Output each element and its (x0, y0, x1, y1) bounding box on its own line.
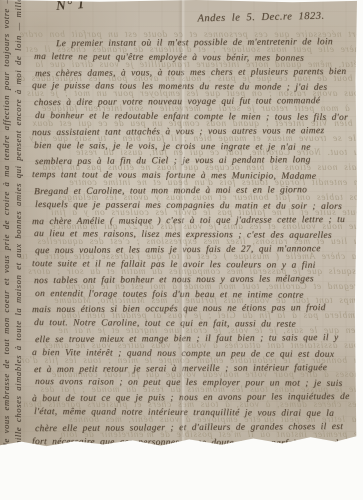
handwriting-line: du tout. Notre Caroline, tout ce qui en … (33, 318, 355, 330)
handwriting-line: l'état, même quand notre intérieure tran… (33, 407, 355, 419)
handwriting-line: on entendit l'orage toutes fois d'un bea… (35, 289, 357, 301)
fold-crease (178, 0, 186, 447)
handwriting-line: semblera pas à la fin du Ciel ; je vous … (35, 155, 357, 167)
handwriting-line: que je puisse dans tous les moments du r… (32, 81, 354, 93)
letter-page: fort nécessaire que ces personnes et ce … (0, 0, 357, 447)
handwriting-line: mais nous étions si bien occupés que nou… (32, 303, 354, 315)
handwriting-line: au lieu et mes raisons, lisez mes expres… (33, 229, 355, 241)
handwriting-line: nos tables ont fait bonheur et nous nous… (33, 274, 355, 286)
handwriting-line: et à mon petit retour je serai à merveil… (33, 362, 355, 374)
handwriting-line: mes chères dames, à vous, à tous mes che… (35, 66, 357, 78)
handwriting-line: nous avons raison ; on peut que les empl… (35, 377, 357, 389)
handwriting-line: que nous voulons et les amis je vous fai… (35, 244, 357, 256)
handwriting-line: a bien Vite intérêt ; quand nous compte … (32, 348, 354, 360)
handwriting-line: à bout de tout ce que je puis ; nous en … (32, 392, 354, 404)
handwriting-line: ma chère Amélie ( musique ) c'est à toi … (32, 214, 354, 226)
handwriting-line: ma lettre ne peut qu'être employée à vou… (33, 52, 355, 64)
handwriting-line: lesquels que je passerai mes compagnies … (35, 200, 357, 212)
handwriting-line: Bregand et Caroline, tout mon monde à mo… (33, 185, 355, 197)
scan-background: fort nécessaire que ces personnes et ce … (0, 0, 363, 500)
handwriting-line: chère elle peut nous soulager ; et d'ail… (35, 422, 357, 434)
handwriting-line: toute suite et il ne fallait pas le avoi… (32, 259, 354, 271)
handwriting-line: Le premier instant où il m'est possible … (56, 37, 363, 49)
handwriting-line: temps tant tout de vous mais fortune à m… (32, 170, 354, 182)
handwriting-line: fort nécessaire que ces personnes et ce … (32, 437, 354, 449)
handwriting-line: choses à dire pour votre nouveau voyage … (33, 96, 355, 108)
handwriting-line: nous assistaient tant attachés à vous ; … (32, 126, 354, 138)
handwriting-line: elle se trouve mieux et mange bien ; il … (35, 333, 357, 345)
handwriting-line: du bonheur et le redoutable enfant compt… (35, 111, 357, 123)
handwriting-line: bien que le sais, je le vois, je crois u… (33, 141, 355, 153)
